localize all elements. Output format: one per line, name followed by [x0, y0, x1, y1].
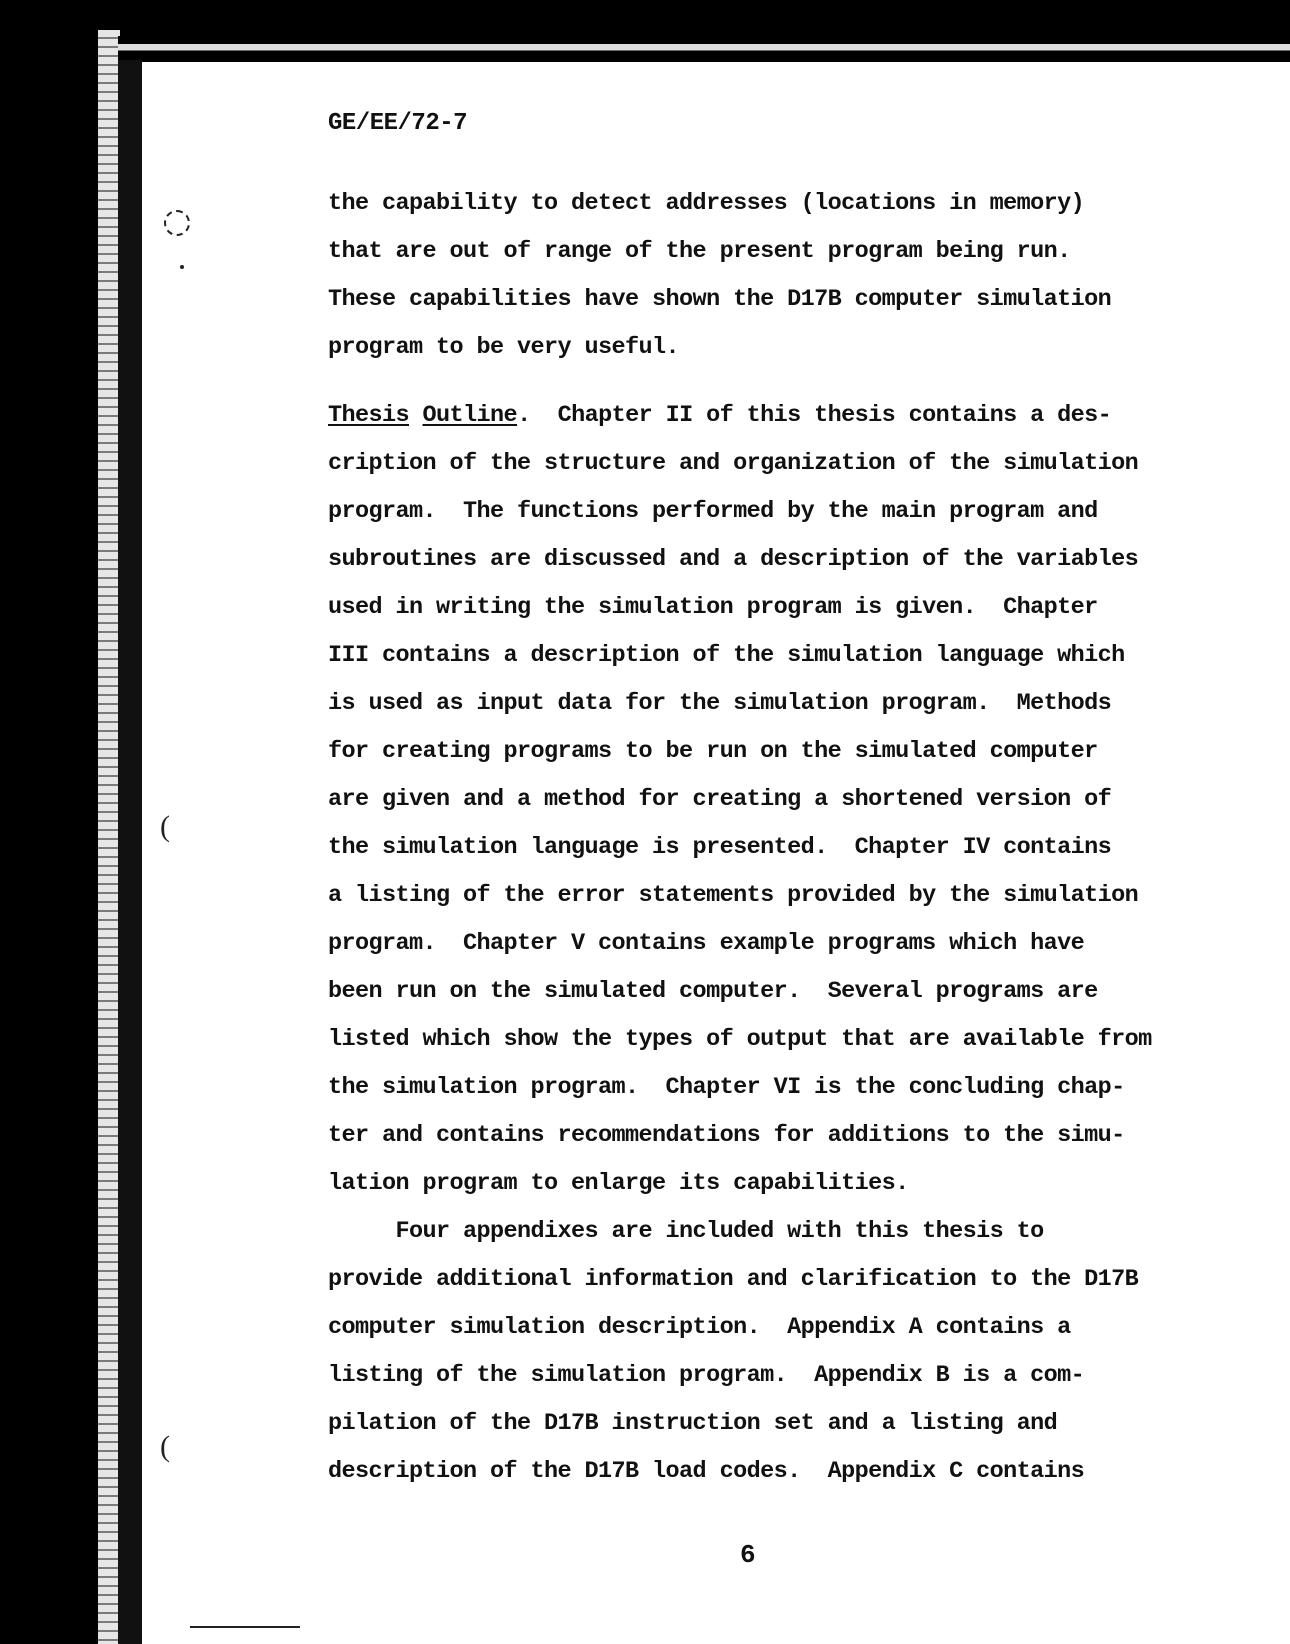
text-line: is used as input data for the simulation… — [328, 680, 1188, 728]
text-line: the simulation language is presented. Ch… — [328, 824, 1188, 872]
speck — [180, 265, 184, 269]
text-line: pilation of the D17B instruction set and… — [328, 1400, 1188, 1448]
text-line: for creating programs to be run on the s… — [328, 728, 1188, 776]
scan-artifact-line — [190, 1626, 300, 1628]
text-line: been run on the simulated computer. Seve… — [328, 968, 1188, 1016]
text-line: III contains a description of the simula… — [328, 632, 1188, 680]
text-line: program. Chapter V contains example prog… — [328, 920, 1188, 968]
document-code: GE/EE/72-7 — [328, 110, 467, 137]
text-line: computer simulation description. Appendi… — [328, 1304, 1188, 1352]
text-run: Chapter II of this thesis contains a des… — [558, 402, 1112, 429]
text-line: These capabilities have shown the D17B c… — [328, 276, 1188, 324]
text-line: cription of the structure and organizati… — [328, 440, 1188, 488]
paragraph-thesis-outline: Thesis Outline. Chapter II of this thesi… — [328, 392, 1188, 1208]
text-line: used in writing the simulation program i… — [328, 584, 1188, 632]
text-line: provide additional information and clari… — [328, 1256, 1188, 1304]
punch-hole-mark — [164, 210, 190, 236]
text-line: program. The functions performed by the … — [328, 488, 1188, 536]
section-heading: Thesis — [328, 402, 409, 429]
text-line: are given and a method for creating a sh… — [328, 776, 1188, 824]
scan-page-edge — [98, 30, 120, 1644]
paragraph-appendixes: Four appendixes are included with this t… — [328, 1208, 1188, 1496]
text-line: listing of the simulation program. Appen… — [328, 1352, 1188, 1400]
text-line: lation program to enlarge its capabiliti… — [328, 1160, 1188, 1208]
text-line: Four appendixes are included with this t… — [328, 1208, 1188, 1256]
text-line: that are out of range of the present pro… — [328, 228, 1188, 276]
text-line: a listing of the error statements provid… — [328, 872, 1188, 920]
punch-hole-mark: ( — [160, 810, 170, 844]
text-line: listed which show the types of output th… — [328, 1016, 1188, 1064]
document-body: the capability to detect addresses (loca… — [328, 180, 1188, 1496]
text-line: subroutines are discussed and a descript… — [328, 536, 1188, 584]
page-number: 6 — [740, 1540, 756, 1570]
paragraph-1: the capability to detect addresses (loca… — [328, 180, 1188, 372]
binder-shadow — [118, 60, 142, 1644]
text-line: the capability to detect addresses (loca… — [328, 180, 1188, 228]
punch-hole-mark: ( — [160, 1430, 170, 1464]
text-line: Thesis Outline. Chapter II of this thesi… — [328, 392, 1188, 440]
text-line: ter and contains recommendations for add… — [328, 1112, 1188, 1160]
text-line: description of the D17B load codes. Appe… — [328, 1448, 1188, 1496]
section-heading: Outline — [423, 402, 518, 429]
text-line: the simulation program. Chapter VI is th… — [328, 1064, 1188, 1112]
text-line: program to be very useful. — [328, 324, 1188, 372]
scan-top-edge — [118, 36, 1290, 62]
